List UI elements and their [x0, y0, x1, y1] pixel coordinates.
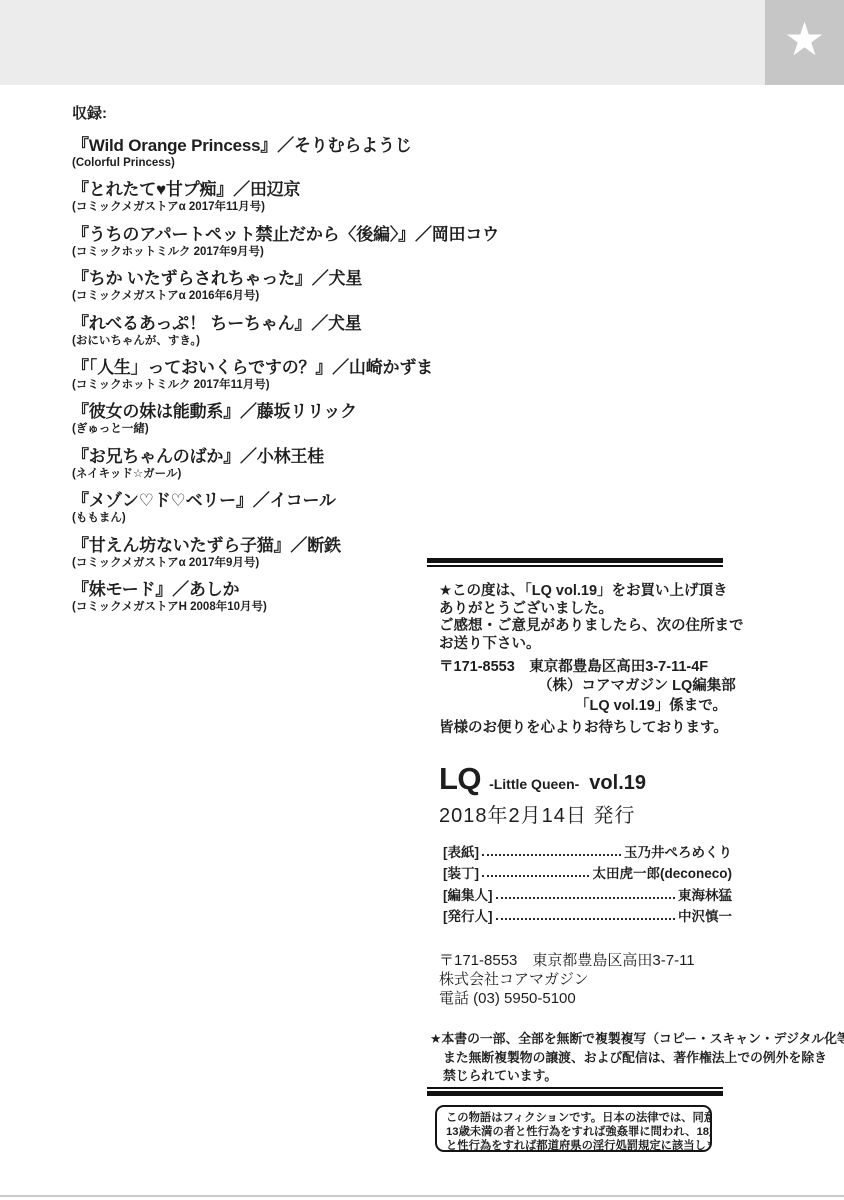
credits-list: [表紙] 玉乃井ぺろめくり [装丁] 太田虎一郎(deconeco) [編集人]…	[443, 839, 732, 925]
disclaimer-line: 13歳未満の者と性行為をすれば強姦罪に問われ、18歳未満の者	[446, 1125, 701, 1139]
toc-entry: 『ちか いたずらされちゃった』／犬星 (コミックメガストアα 2016年6月号)	[72, 268, 432, 312]
work-title: 『妹モード』／あしか	[72, 579, 432, 600]
logo-lq: LQ	[439, 761, 481, 797]
work-title: 『甘えん坊ないたずら子猫』／断鉄	[72, 535, 432, 556]
work-title: 『ちか いたずらされちゃった』／犬星	[72, 268, 432, 289]
credit-row: [表紙] 玉乃井ぺろめくり	[443, 839, 732, 861]
thanks-line: ★この度は、「LQ vol.19」をお買い上げ頂き	[439, 583, 744, 601]
issue-date: 2018年2月14日 発行	[439, 799, 635, 828]
publication-title: LQ -Little Queen- vol.19	[439, 761, 646, 797]
copyright-line: ★本書の一部、全部を無断で複製複写（コピー・スキャン・デジタル化等）	[430, 1030, 844, 1049]
work-title: 『れべるあっぷ！ ちーちゃん』／犬星	[72, 313, 432, 334]
work-title: 『「人生」っておいくらですの？』／山崎かずま	[72, 357, 432, 378]
fiction-disclaimer-box: この物語はフィクションです。日本の法律では、同意があっても 13歳未満の者と性行…	[435, 1105, 712, 1152]
credit-name: 中沢慎一	[678, 905, 732, 925]
toc-heading: 収録:	[72, 104, 432, 124]
work-title: 『お兄ちゃんのばか』／小林王桂	[72, 446, 432, 467]
reply-address: 〒171-8553 東京都豊島区高田3-7-11-4F （株）コアマガジン LQ…	[439, 658, 736, 716]
closing-line: 皆様のお便りを心よりお待ちしております。	[439, 716, 728, 737]
credit-label: [発行人]	[443, 905, 493, 925]
thanks-line: ありがとうございました。	[439, 601, 744, 619]
work-title: 『うちのアパートペット禁止だから〈後編〉』／岡田コウ	[72, 224, 432, 245]
work-source: (コミックメガストアα 2016年6月号)	[72, 289, 432, 304]
credit-name: 東海林猛	[678, 884, 732, 904]
thanks-line: ご感想・ご意見がありましたら、次の住所まで	[439, 618, 744, 636]
work-source: (コミックホットミルク 2017年9月号)	[72, 245, 432, 260]
credit-row: [発行人] 中沢慎一	[443, 904, 732, 926]
publisher-line: 株式会社コアマガジン	[439, 971, 695, 990]
logo-subtitle: -Little Queen-	[489, 776, 579, 792]
reply-address-line: （株）コアマガジン LQ編集部	[439, 677, 736, 696]
volume-number: vol.19	[589, 772, 646, 795]
work-source: (コミックメガストアα 2017年11月号)	[72, 200, 432, 215]
reply-address-line: 「LQ vol.19」係まで。	[439, 697, 736, 716]
toc-entry: 『Wild Orange Princess』／そりむらようじ (Colorful…	[72, 135, 432, 179]
copyright-notice: ★本書の一部、全部を無断で複製複写（コピー・スキャン・デジタル化等） また無断複…	[430, 1030, 844, 1086]
dot-leader	[482, 854, 621, 856]
work-source: (Colorful Princess)	[72, 156, 432, 171]
toc-entry: 『れべるあっぷ！ ちーちゃん』／犬星 (おにいちゃんが、すき。)	[72, 313, 432, 357]
reply-address-line: 〒171-8553 東京都豊島区高田3-7-11-4F	[439, 658, 736, 677]
publisher-line: 〒171-8553 東京都豊島区高田3-7-11	[439, 952, 695, 971]
publisher-address: 〒171-8553 東京都豊島区高田3-7-11 株式会社コアマガジン 電話 (…	[439, 952, 695, 1008]
dot-leader	[496, 918, 676, 920]
double-rule-top	[427, 558, 723, 567]
credit-name: 太田虎一郎(deconeco)	[592, 862, 732, 882]
credit-row: [編集人] 東海林猛	[443, 882, 732, 904]
work-source: (コミックメガストアH 2008年10月号)	[72, 600, 432, 615]
toc-entry: 『「人生」っておいくらですの？』／山崎かずま (コミックホットミルク 2017年…	[72, 357, 432, 401]
toc-entry: 『お兄ちゃんのばか』／小林王桂 (ネイキッド☆ガール)	[72, 446, 432, 490]
work-title: 『彼女の妹は能動系』／藤坂リリック	[72, 401, 432, 422]
publisher-line: 電話 (03) 5950-5100	[439, 990, 695, 1009]
star-icon: ★	[784, 16, 825, 62]
toc-entry: 『とれたて♥甘プ痴』／田辺京 (コミックメガストアα 2017年11月号)	[72, 179, 432, 223]
thanks-line: お送り下さい。	[439, 636, 744, 654]
disclaimer-line: この物語はフィクションです。日本の法律では、同意があっても	[446, 1111, 701, 1125]
credit-label: [装丁]	[443, 862, 479, 882]
work-source: (おにいちゃんが、すき。)	[72, 334, 432, 349]
thanks-message: ★この度は、「LQ vol.19」をお買い上げ頂き ありがとうございました。 ご…	[439, 583, 744, 653]
dot-leader	[482, 875, 589, 877]
colophon-page: ★ 収録: 『Wild Orange Princess』／そりむらようじ (Co…	[0, 0, 844, 1200]
page-bottom-edge	[0, 1195, 844, 1197]
copyright-line: また無断複製物の譲渡、および配信は、著作権法上での例外を除き	[430, 1049, 844, 1068]
copyright-line: 禁じられています。	[430, 1067, 844, 1086]
viewer-top-band	[0, 0, 844, 85]
credit-label: [編集人]	[443, 884, 493, 904]
work-source: (ももまん)	[72, 511, 432, 526]
work-source: (コミックホットミルク 2017年11月号)	[72, 378, 432, 393]
toc-entry: 『甘えん坊ないたずら子猫』／断鉄 (コミックメガストアα 2017年9月号)	[72, 535, 432, 579]
toc-entry: 『彼女の妹は能動系』／藤坂リリック (ぎゅっと一緒)	[72, 401, 432, 445]
double-rule-bottom	[427, 1087, 723, 1096]
credit-label: [表紙]	[443, 841, 479, 861]
work-title: 『とれたて♥甘プ痴』／田辺京	[72, 179, 432, 200]
credit-row: [装丁] 太田虎一郎(deconeco)	[443, 861, 732, 883]
work-source: (ぎゅっと一緒)	[72, 422, 432, 437]
work-title: 『メゾン♡ド♡ベリー』／イコール	[72, 490, 432, 511]
table-of-contents: 収録: 『Wild Orange Princess』／そりむらようじ (Colo…	[72, 104, 432, 623]
work-source: (ネイキッド☆ガール)	[72, 467, 432, 482]
work-title: 『Wild Orange Princess』／そりむらようじ	[72, 135, 432, 156]
toc-entry: 『妹モード』／あしか (コミックメガストアH 2008年10月号)	[72, 579, 432, 623]
credit-name: 玉乃井ぺろめくり	[624, 841, 732, 861]
dot-leader	[496, 897, 676, 899]
favorite-star-button[interactable]: ★	[765, 0, 844, 85]
disclaimer-line: と性行為をすれば都道府県の淫行処罰規定に該当します。	[446, 1139, 701, 1152]
toc-entry: 『うちのアパートペット禁止だから〈後編〉』／岡田コウ (コミックホットミルク 2…	[72, 224, 432, 268]
work-source: (コミックメガストアα 2017年9月号)	[72, 556, 432, 571]
toc-entry: 『メゾン♡ド♡ベリー』／イコール (ももまん)	[72, 490, 432, 534]
